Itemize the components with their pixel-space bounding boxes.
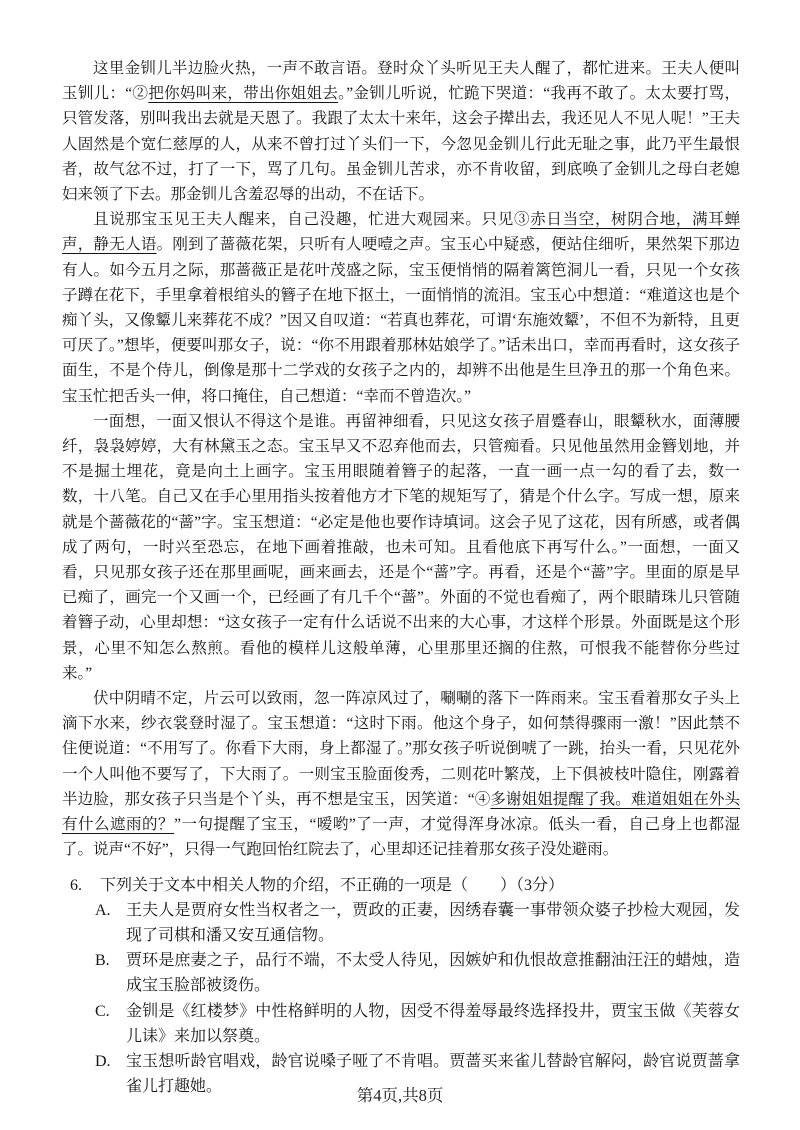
document-page: 这里金钏儿半边脸火热，一声不敢言语。登时众丫头听见王夫人醒了，都忙进来。王夫人便… — [0, 0, 800, 1130]
option-c-label: C. — [95, 999, 126, 1049]
option-b: B. 贾环是庶妻之子，品行不端，不太受人待见，因嫉妒和仇恨故意推翻油汪汪的蜡烛，… — [62, 948, 740, 998]
option-b-text: 贾环是庶妻之子，品行不端，不太受人待见，因嫉妒和仇恨故意推翻油汪汪的蜡烛，造成宝… — [126, 948, 740, 998]
question-text: 下列关于文本中相关人物的介绍，不正确的一项是（ ）（3分） — [100, 873, 740, 898]
page-indicator: 第4页,共8页 — [357, 1086, 444, 1105]
option-a-label: A. — [95, 898, 126, 948]
passage-text: 。刚到了蔷薇花架，只听有人哽噎之声。宝玉心中疑惑，便站住细听，果然架下那边有人。… — [62, 236, 740, 404]
passage-paragraph: 这里金钏儿半边脸火热，一声不敢言语。登时众丫头听见王夫人醒了，都忙进来。王夫人便… — [62, 56, 740, 207]
question-number: 6. — [70, 873, 100, 898]
question-6: 6. 下列关于文本中相关人物的介绍，不正确的一项是（ ）（3分） A. 王夫人是… — [62, 873, 740, 1100]
underlined-sentence: 把你妈叫来，带出你姐姐去 — [148, 85, 338, 102]
passage: 这里金钏儿半边脸火热，一声不敢言语。登时众丫头听见王夫人醒了，都忙进来。王夫人便… — [62, 56, 740, 863]
question-stem: 6. 下列关于文本中相关人物的介绍，不正确的一项是（ ）（3分） — [62, 873, 740, 898]
option-a: A. 王夫人是贾府女性当权者之一，贾政的正妻，因绣春囊一事带领众婆子抄检大观园，… — [62, 898, 740, 948]
option-b-label: B. — [95, 948, 126, 998]
passage-paragraph: 伏中阴晴不定，片云可以致雨，忽一阵凉风过了，唰唰的落下一阵雨来。宝玉看着那女子头… — [62, 686, 740, 862]
page-footer: 第4页,共8页 — [0, 1082, 800, 1106]
option-c: C. 金钏是《红楼梦》中性格鲜明的人物，因受不得羞辱最终选择投井，贾宝玉做《芙蓉… — [62, 999, 740, 1049]
passage-paragraph: 一面想，一面又恨认不得这个是谁。再留神细看，只见这女孩子眉蹙春山，眼颦秋水，面薄… — [62, 409, 740, 686]
passage-paragraph: 且说那宝玉见王夫人醒来，自己没趣，忙进大观园来。只见③赤日当空，树阴合地，满耳蝉… — [62, 207, 740, 409]
options-list: A. 王夫人是贾府女性当权者之一，贾政的正妻，因绣春囊一事带领众婆子抄检大观园，… — [62, 898, 740, 1100]
passage-text: 。”金钏儿听说，忙跪下哭道：“我再不敢了。太太要打骂，只管发落，别叫我出去就是天… — [62, 85, 740, 203]
option-a-text: 王夫人是贾府女性当权者之一，贾政的正妻，因绣春囊一事带领众婆子抄检大观园，发现了… — [126, 898, 740, 948]
passage-text: 且说那宝玉见王夫人醒来，自己没趣，忙进大观园来。只见③ — [93, 211, 530, 228]
option-c-text: 金钏是《红楼梦》中性格鲜明的人物，因受不得羞辱最终选择投井，贾宝玉做《芙蓉女儿诔… — [126, 999, 740, 1049]
passage-text: 一面想，一面又恨认不得这个是谁。再留神细看，只见这女孩子眉蹙春山，眼颦秋水，面薄… — [62, 413, 740, 682]
